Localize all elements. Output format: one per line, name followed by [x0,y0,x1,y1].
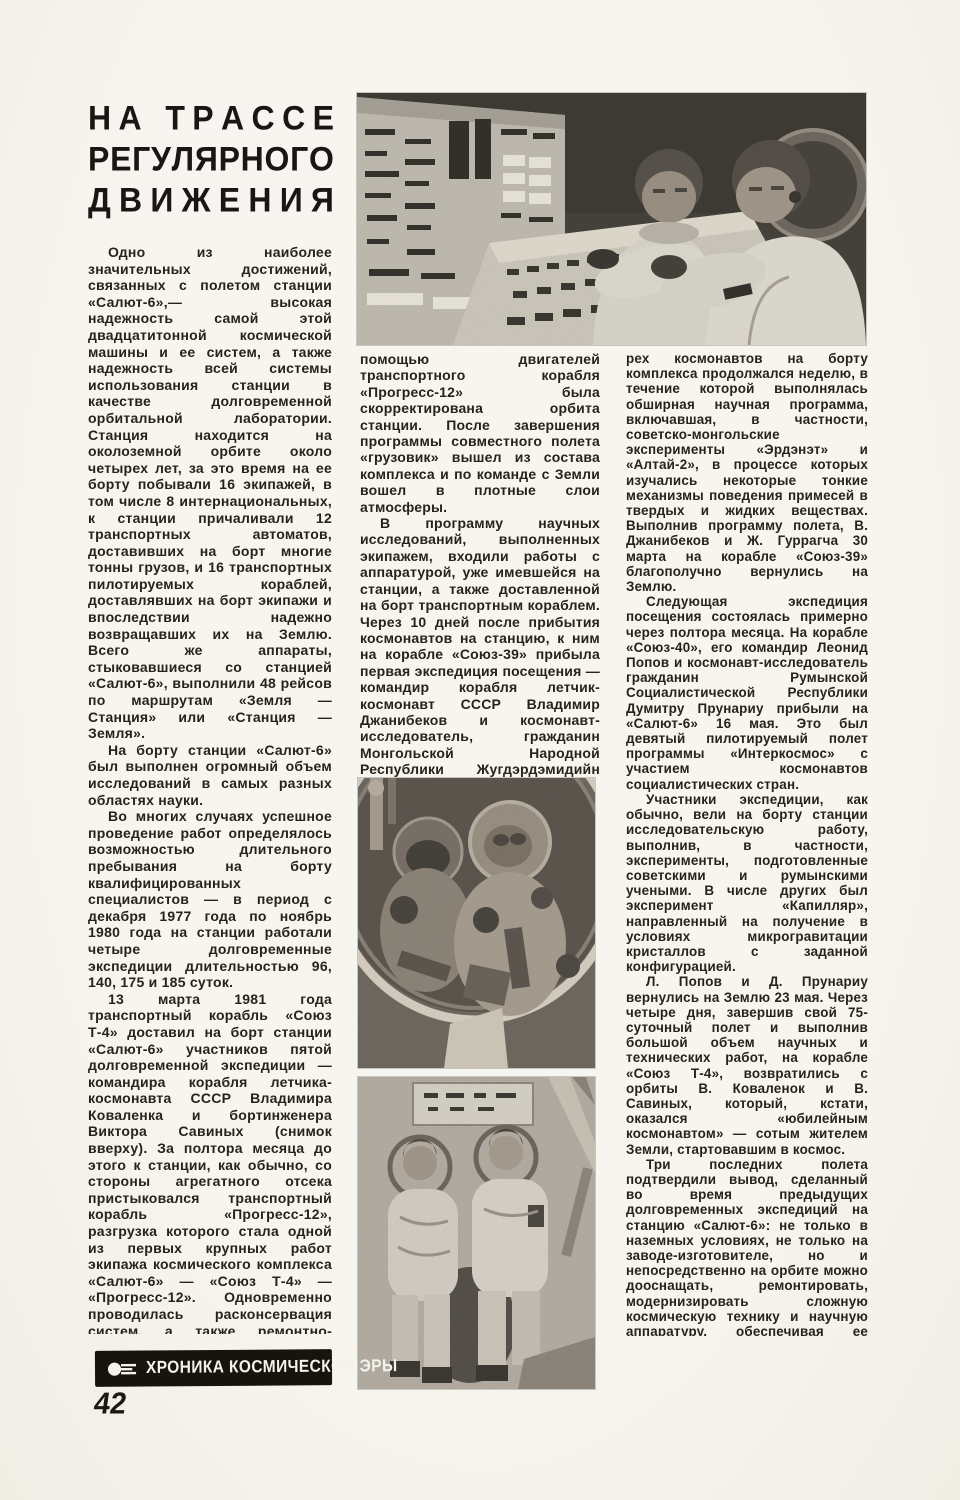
photo-cosmonauts-at-simulator-console [357,93,866,345]
title-line-2: РЕГУЛЯРНОГО [88,137,334,181]
paragraph: рех космонавтов на борту комплекса продо… [626,351,868,594]
rubric-banner-label: ХРОНИКА КОСМИЧЕСКОЙ ЭРЫ [146,1357,398,1379]
title-line-3: ДВИЖЕНИЯ [88,178,334,222]
article-column-1: Одно из наиболее значительных достижений… [88,244,332,1334]
paragraph: Участники экспедиции, как обычно, вели н… [626,792,868,974]
page-number: 42 [92,1387,129,1422]
photo-cosmonauts-in-spacesuits-standing [358,1077,595,1389]
paragraph: 13 марта 1981 года транспортный корабль … [88,991,332,1334]
photo-mid2-illustration [358,1077,595,1389]
paragraph: Три последних полета подтвердили вывод, … [626,1157,868,1336]
paragraph: В программу научных исследований, выполн… [360,515,600,777]
rubric-banner: ХРОНИКА КОСМИЧЕСКОЙ ЭРЫ [95,1349,332,1387]
paragraph: На борту станции «Салют-6» был выполнен … [88,742,332,808]
paragraph: Во многих случаях успешное проведение ра… [88,808,332,991]
article-column-2: помощью двигателей транспортного корабля… [360,351,600,777]
paragraph: Следующая экспедиция посещения состоялас… [626,594,868,792]
magazine-page: НА ТРАССЕ РЕГУЛЯРНОГО ДВИЖЕНИЯ [0,0,960,1500]
paragraph: Одно из наиболее значительных достижений… [88,244,332,742]
photo-crew-in-descent-module [358,778,595,1068]
sputnik-icon [105,1361,139,1376]
title-line-1: НА ТРАССЕ [88,96,334,140]
photo-top-illustration [357,93,866,345]
photo-mid1-illustration [358,778,595,1068]
article-title: НА ТРАССЕ РЕГУЛЯРНОГО ДВИЖЕНИЯ [88,96,334,219]
paragraph: помощью двигателей транспортного корабля… [360,351,600,515]
paragraph: Л. Попов и Д. Прунариу вернулись на Земл… [626,974,868,1156]
article-column-3: рех космонавтов на борту комплекса продо… [626,351,868,1336]
